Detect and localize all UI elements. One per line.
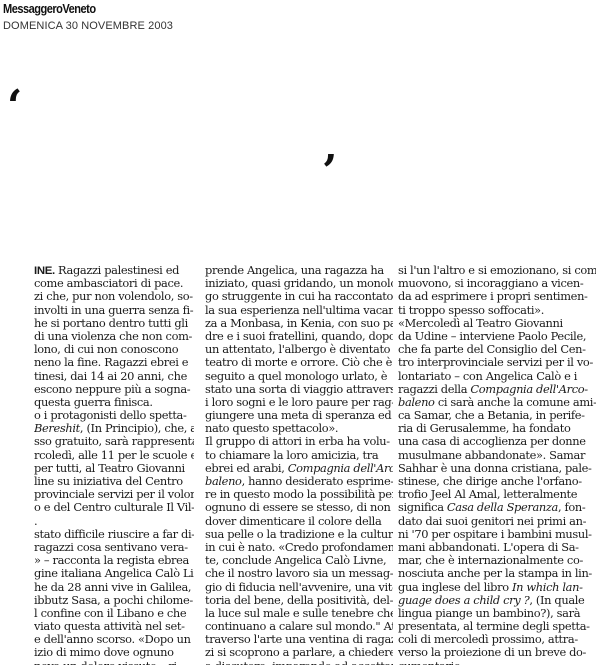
- italic-title: In which lan-: [512, 581, 583, 594]
- line-text: sso gratuito, sarà rappresenta-: [34, 435, 194, 448]
- article-line: cumentario.: [398, 660, 596, 665]
- line-text: ibbutz Sasa, a pochi chilome-: [34, 594, 193, 607]
- line-text: che il nostro lavoro sia un messag-: [205, 567, 393, 580]
- article-line: l confine con il Libano e che: [34, 607, 194, 620]
- article-line: ragazzi della Compagnia dell'Arco-: [398, 383, 596, 396]
- article-line: » – racconta la regista ebrea: [34, 554, 194, 567]
- line-text: teatro di morte e orrore. Ciò che è: [205, 356, 392, 369]
- line-text: , (In Principio), che, ad: [80, 422, 194, 435]
- line-text: lontariato – con Angelica Calò e i: [398, 370, 577, 383]
- line-text: escono neppure più a sogna-: [34, 383, 190, 396]
- line-text: si l'un l'altro e si emozionano, si com-: [398, 264, 596, 277]
- article-line: la sua esperienza nell'ultima vacan-: [205, 304, 393, 317]
- article-line: stinese, che dirige anche l'orfano-: [398, 475, 596, 488]
- article-line: teatro di morte e orrore. Ciò che è: [205, 356, 393, 369]
- line-text: , fon-: [558, 501, 585, 514]
- line-text: nato questo spettacolo».: [205, 422, 338, 435]
- line-text: iniziato, quasi gridando, un monolo-: [205, 277, 393, 290]
- masthead: MessaggeroVeneto: [3, 1, 96, 16]
- line-text: l confine con il Libano e che: [34, 607, 186, 620]
- line-text: dover dimenticare il colore della: [205, 515, 381, 528]
- article-line: lono, di cui non conoscono: [34, 343, 194, 356]
- article-line: in cui è nato. «Credo profondamen-: [205, 541, 393, 554]
- article-line: re in questo modo la possibilità per: [205, 488, 393, 501]
- line-text: Ragazzi palestinesi ed: [55, 264, 179, 277]
- article-line: significa Casa della Speranza, fon-: [398, 501, 596, 514]
- line-text: o e del Centro culturale Il Vil-: [34, 501, 194, 514]
- article-line: te, conclude Angelica Calò Livne,: [205, 554, 393, 567]
- line-text: , hanno desiderato esprime-: [242, 475, 393, 488]
- line-text: to chiamare la loro amicizia, tra: [205, 449, 378, 462]
- line-text: «Mercoledì al Teatro Giovanni: [398, 317, 563, 330]
- line-text: significa: [398, 501, 447, 514]
- opening-quote-mark: ‘: [7, 85, 22, 129]
- article-line: una casa di accoglienza per donne: [398, 435, 596, 448]
- article-line: ibbutz Sasa, a pochi chilome-: [34, 594, 194, 607]
- italic-title: Compagnia dell'Arco-: [470, 383, 587, 396]
- article-line: ti troppo spesso soffocati».: [398, 304, 596, 317]
- article-column-2: prende Angelica, una ragazza hainiziato,…: [205, 264, 393, 665]
- line-text: la sua esperienza nell'ultima vacan-: [205, 304, 393, 317]
- line-text: nosciuta anche per la stampa in lin-: [398, 567, 592, 580]
- line-text: verso la proiezione di un breve do-: [398, 646, 586, 659]
- article-line: iniziato, quasi gridando, un monolo-: [205, 277, 393, 290]
- article-line: trofio Jeel Al Amal, letteralmente: [398, 488, 596, 501]
- article-line: giungere una meta di speranza ed è: [205, 409, 393, 422]
- article-line: sua pelle o la tradizione e la cultura: [205, 528, 393, 541]
- article-line: INE. Ragazzi palestinesi ed: [34, 264, 194, 277]
- article-line: per tutti, al Teatro Giovanni: [34, 462, 194, 475]
- line-text: da ad esprimere i propri sentimen-: [398, 290, 588, 303]
- line-text: un attentato, l'albergo è diventato: [205, 343, 390, 356]
- line-text: ci sarà anche la comune ami-: [435, 396, 596, 409]
- article-line: zi che, pur non volendolo, so-: [34, 290, 194, 303]
- line-text: a discutere, imparando ad accettar-: [205, 660, 393, 665]
- line-text: he si portano dentro tutti gli: [34, 317, 188, 330]
- article-line: toria del bene, della positività, del-: [205, 594, 393, 607]
- line-text: ognuno di essere se stesso, di non: [205, 501, 391, 514]
- article-line: Il gruppo di attori in erba ha volu-: [205, 435, 393, 448]
- article-line: la luce sul male e sulle tenebre che: [205, 607, 393, 620]
- article-line: baleno ci sarà anche la comune ami-: [398, 396, 596, 409]
- line-text: giungere una meta di speranza ed è: [205, 409, 393, 422]
- article-line: dato dai suoi genitori nei primi an-: [398, 515, 596, 528]
- line-text: i loro sogni e le loro paure per rag-: [205, 396, 393, 409]
- line-text: he da 28 anni vive in Galilea,: [34, 581, 191, 594]
- article-line: e dell'anno scorso. «Dopo un: [34, 633, 194, 646]
- line-text: , (In quale: [529, 594, 584, 607]
- article-lead-word: INE.: [34, 265, 55, 277]
- article-line: lontariato – con Angelica Calò e i: [398, 370, 596, 383]
- line-text: una casa di accoglienza per donne: [398, 435, 586, 448]
- line-text: tro interprovinciale servizi per il vo-: [398, 356, 593, 369]
- line-text: tinesi, dai 14 ai 20 anni, che: [34, 370, 187, 383]
- article-line: baleno, hanno desiderato esprime-: [205, 475, 393, 488]
- article-column-1: INE. Ragazzi palestinesi ed come ambasci…: [34, 264, 194, 665]
- article-line: neva un dolore vissuto – ri-: [34, 660, 194, 665]
- article-line: sso gratuito, sarà rappresenta-: [34, 435, 194, 448]
- line-text: dre e i suoi fratellini, quando, dopo: [205, 330, 393, 343]
- article-line: da ad esprimere i propri sentimen-: [398, 290, 596, 303]
- line-text: Sahhar è una donna cristiana, pale-: [398, 462, 592, 475]
- article-line: neno la fine. Ragazzi ebrei e: [34, 356, 194, 369]
- article-line: continuano a calare sul mondo." At-: [205, 620, 393, 633]
- article-line: che il nostro lavoro sia un messag-: [205, 567, 393, 580]
- italic-title: Bereshit: [34, 422, 80, 435]
- line-text: ragazzi della: [398, 383, 470, 396]
- line-text: involti in una guerra senza fi-: [34, 304, 193, 317]
- article-line: za a Monbasa, in Kenia, con suo pa-: [205, 317, 393, 330]
- article-line: o e del Centro culturale Il Vil-: [34, 501, 194, 514]
- article-line: i loro sogni e le loro paure per rag-: [205, 396, 393, 409]
- line-text: gine italiana Angelica Calò Li-: [34, 567, 194, 580]
- line-text: stato difficile riuscire a far di-: [34, 528, 194, 541]
- article-line: go struggente in cui ha raccontato: [205, 290, 393, 303]
- line-text: neva un dolore vissuto – ri-: [34, 660, 180, 665]
- article-line: ni '70 per ospitare i bambini musul-: [398, 528, 596, 541]
- line-text: come ambasciatori di pace.: [34, 277, 183, 290]
- line-text: go struggente in cui ha raccontato: [205, 290, 393, 303]
- article-line: gio di fiducia nell'avvenire, una vit-: [205, 581, 393, 594]
- line-text: line su iniziativa del Centro: [34, 475, 183, 488]
- article-line: seguito a quel monologo urlato, è: [205, 370, 393, 383]
- line-text: lono, di cui non conoscono: [34, 343, 178, 356]
- article-line: ca Samar, che a Betania, in perife-: [398, 409, 596, 422]
- line-text: traverso l'arte una ventina di ragaz-: [205, 633, 393, 646]
- article-line: verso la proiezione di un breve do-: [398, 646, 596, 659]
- line-text: gua inglese del libro: [398, 581, 512, 594]
- italic-title: baleno: [205, 475, 242, 488]
- line-text: presentata, al termine degli spetta-: [398, 620, 590, 633]
- article-line: gine italiana Angelica Calò Li-: [34, 567, 194, 580]
- line-text: provinciale servizi per il volon-: [34, 488, 194, 501]
- line-text: zi che, pur non volendolo, so-: [34, 290, 193, 303]
- line-text: stinese, che dirige anche l'orfano-: [398, 475, 582, 488]
- article-line: presentata, al termine degli spetta-: [398, 620, 596, 633]
- article-line: traverso l'arte una ventina di ragaz-: [205, 633, 393, 646]
- line-text: za a Monbasa, in Kenia, con suo pa-: [205, 317, 393, 330]
- article-line: tinesi, dai 14 ai 20 anni, che: [34, 370, 194, 383]
- article-line: di una violenza che non com-: [34, 330, 194, 343]
- line-text: dato dai suoi genitori nei primi an-: [398, 515, 586, 528]
- line-text: re in questo modo la possibilità per: [205, 488, 393, 501]
- article-line: ognuno di essere se stesso, di non: [205, 501, 393, 514]
- line-text: cumentario.: [398, 660, 463, 665]
- line-text: muovono, si incoraggiano a vicen-: [398, 277, 583, 290]
- line-text: da Udine – interviene Paolo Pecile,: [398, 330, 586, 343]
- article-line: ria di Gerusalemme, ha fondato: [398, 422, 596, 435]
- line-text: ti troppo spesso soffocati».: [398, 304, 544, 317]
- article-line: musulmane abbandonate». Samar: [398, 449, 596, 462]
- article-line: guage does a child cry ?, (In quale: [398, 594, 596, 607]
- line-text: Il gruppo di attori in erba ha volu-: [205, 435, 390, 448]
- article-line: he da 28 anni vive in Galilea,: [34, 581, 194, 594]
- line-text: rcoledì, alle 11 per le scuole e: [34, 449, 194, 462]
- article-line: «Mercoledì al Teatro Giovanni: [398, 317, 596, 330]
- italic-title: Compagnia dell'Arco-: [288, 462, 393, 475]
- line-text: e dell'anno scorso. «Dopo un: [34, 633, 191, 646]
- italic-title: guage does a child cry ?: [398, 594, 529, 607]
- line-text: toria del bene, della positività, del-: [205, 594, 393, 607]
- line-text: mar, che è internazionalmente co-: [398, 554, 583, 567]
- article-line: stato difficile riuscire a far di-: [34, 528, 194, 541]
- article-line: che fa parte del Consiglio del Cen-: [398, 343, 596, 356]
- article-line: to chiamare la loro amicizia, tra: [205, 449, 393, 462]
- article-line: si l'un l'altro e si emozionano, si com-: [398, 264, 596, 277]
- line-text: lingua piange un bambino?), sarà: [398, 607, 580, 620]
- article-column-3: si l'un l'altro e si emozionano, si com-…: [398, 264, 596, 665]
- line-text: trofio Jeel Al Amal, letteralmente: [398, 488, 577, 501]
- line-text: gio di fiducia nell'avvenire, una vit-: [205, 581, 393, 594]
- article-line: a discutere, imparando ad accettar-: [205, 660, 393, 665]
- line-text: .: [34, 515, 37, 528]
- article-line: prende Angelica, una ragazza ha: [205, 264, 393, 277]
- italic-title: Casa della Speranza: [447, 501, 558, 514]
- article-line: o i protagonisti dello spetta-: [34, 409, 194, 422]
- line-text: neno la fine. Ragazzi ebrei e: [34, 356, 188, 369]
- article-line: lingua piange un bambino?), sarà: [398, 607, 596, 620]
- dateline: DOMENICA 30 NOVEMBRE 2003: [3, 20, 173, 32]
- line-text: coli di mercoledì prossimo, attra-: [398, 633, 578, 646]
- line-text: di una violenza che non com-: [34, 330, 192, 343]
- article-line: un attentato, l'albergo è diventato: [205, 343, 393, 356]
- line-text: mani abbandonati. L'opera di Sa-: [398, 541, 579, 554]
- line-text: che fa parte del Consiglio del Cen-: [398, 343, 586, 356]
- article-line: mar, che è internazionalmente co-: [398, 554, 596, 567]
- line-text: prende Angelica, una ragazza ha: [205, 264, 384, 277]
- line-text: viato questa attività nel set-: [34, 620, 185, 633]
- article-line: tro interprovinciale servizi per il vo-: [398, 356, 596, 369]
- article-line: dover dimenticare il colore della: [205, 515, 393, 528]
- article-line: .: [34, 515, 194, 528]
- line-text: la luce sul male e sulle tenebre che: [205, 607, 393, 620]
- italic-title: baleno: [398, 396, 435, 409]
- article-line: gua inglese del libro In which lan-: [398, 581, 596, 594]
- article-line: nato questo spettacolo».: [205, 422, 393, 435]
- line-text: » – racconta la regista ebrea: [34, 554, 189, 567]
- line-text: ria di Gerusalemme, ha fondato: [398, 422, 570, 435]
- article-line: come ambasciatori di pace.: [34, 277, 194, 290]
- article-line: nosciuta anche per la stampa in lin-: [398, 567, 596, 580]
- line-text: musulmane abbandonate». Samar: [398, 449, 585, 462]
- article-line: escono neppure più a sogna-: [34, 383, 194, 396]
- line-text: ebrei ed arabi,: [205, 462, 288, 475]
- article-line: involti in una guerra senza fi-: [34, 304, 194, 317]
- line-text: ragazzi cosa sentivano vera-: [34, 541, 188, 554]
- article-line: dre e i suoi fratellini, quando, dopo: [205, 330, 393, 343]
- article-line: he si portano dentro tutti gli: [34, 317, 194, 330]
- line-text: te, conclude Angelica Calò Livne,: [205, 554, 386, 567]
- line-text: questa guerra finisca.: [34, 396, 153, 409]
- line-text: zi si scoprono a parlare, a chiedere,: [205, 646, 393, 659]
- closing-quote-mark: ’: [322, 150, 337, 194]
- line-text: izio di mimo dove ognuno: [34, 646, 174, 659]
- article-line: questa guerra finisca.: [34, 396, 194, 409]
- line-text: o i protagonisti dello spetta-: [34, 409, 187, 422]
- line-text: ca Samar, che a Betania, in perife-: [398, 409, 585, 422]
- article-line: provinciale servizi per il volon-: [34, 488, 194, 501]
- article-line: da Udine – interviene Paolo Pecile,: [398, 330, 596, 343]
- article-line: ebrei ed arabi, Compagnia dell'Arco-: [205, 462, 393, 475]
- line-text: per tutti, al Teatro Giovanni: [34, 462, 185, 475]
- line-text: seguito a quel monologo urlato, è: [205, 370, 387, 383]
- article-line: rcoledì, alle 11 per le scuole e: [34, 449, 194, 462]
- line-text: in cui è nato. «Credo profondamen-: [205, 541, 393, 554]
- article-line: mani abbandonati. L'opera di Sa-: [398, 541, 596, 554]
- line-text: sua pelle o la tradizione e la cultura: [205, 528, 393, 541]
- article-line: ragazzi cosa sentivano vera-: [34, 541, 194, 554]
- line-text: stato una sorta di viaggio attraverso: [205, 383, 393, 396]
- line-text: continuano a calare sul mondo." At-: [205, 620, 393, 633]
- article-line: izio di mimo dove ognuno: [34, 646, 194, 659]
- article-line: Sahhar è una donna cristiana, pale-: [398, 462, 596, 475]
- article-line: muovono, si incoraggiano a vicen-: [398, 277, 596, 290]
- article-line: zi si scoprono a parlare, a chiedere,: [205, 646, 393, 659]
- article-line: stato una sorta di viaggio attraverso: [205, 383, 393, 396]
- article-line: line su iniziativa del Centro: [34, 475, 194, 488]
- article-line: Bereshit, (In Principio), che, ad: [34, 422, 194, 435]
- article-line: coli di mercoledì prossimo, attra-: [398, 633, 596, 646]
- line-text: ni '70 per ospitare i bambini musul-: [398, 528, 592, 541]
- article-line: viato questa attività nel set-: [34, 620, 194, 633]
